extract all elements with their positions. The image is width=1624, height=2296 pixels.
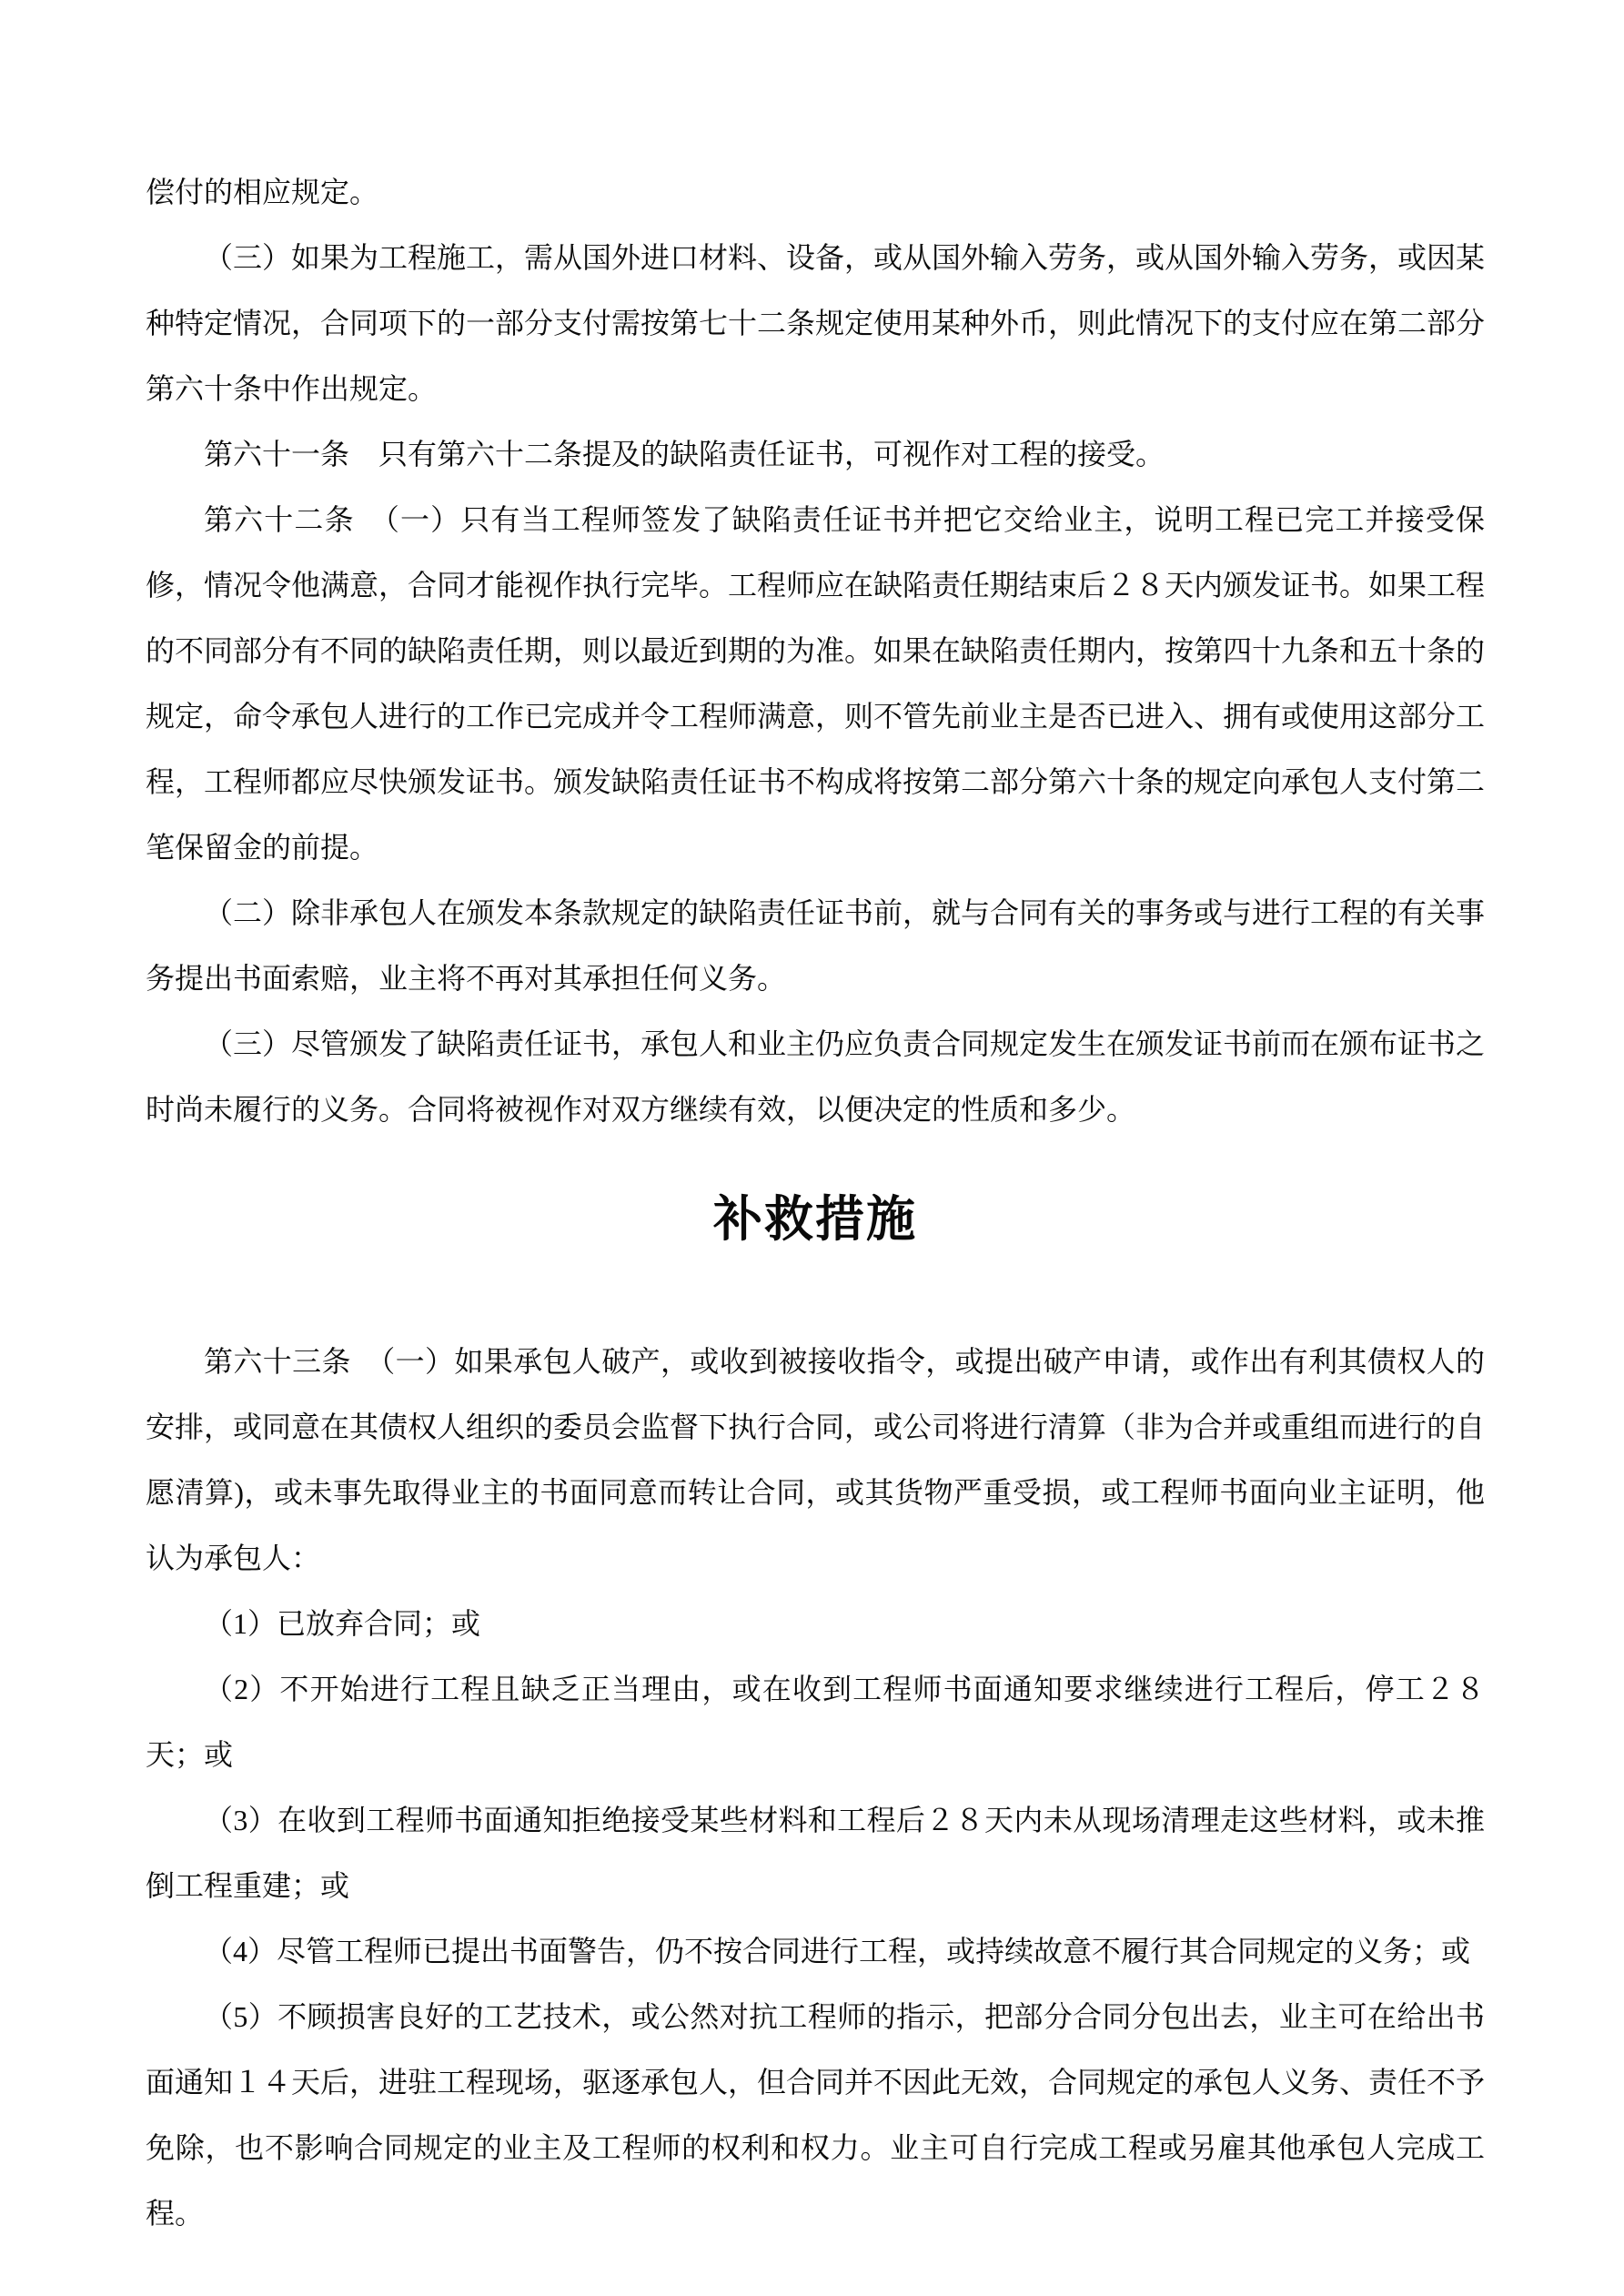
document-page: 偿付的相应规定。 （三）如果为工程施工，需从国外进口材料、设备，或从国外输入劳务…	[146, 159, 1485, 2246]
para-article-62-item-2: （二）除非承包人在颁发本条款规定的缺陷责任证书前，就与合同有关的事务或与进行工程…	[146, 880, 1485, 1011]
section-heading-remedies: 补救措施	[146, 1183, 1485, 1256]
para-article-63-subitem-2: （2）不开始进行工程且缺乏正当理由，或在收到工程师书面通知要求继续进行工程后，停…	[146, 1656, 1485, 1787]
para-article-62-item-1: 第六十二条 （一）只有当工程师签发了缺陷责任证书并把它交给业主，说明工程已完工并…	[146, 487, 1485, 880]
para-continuation: 偿付的相应规定。	[146, 159, 1485, 225]
para-article-63-subitem-5: （5）不顾损害良好的工艺技术，或公然对抗工程师的指示，把部分合同分包出去，业主可…	[146, 1984, 1485, 2246]
para-article-63-intro: 第六十三条 （一）如果承包人破产，或收到被接收指令，或提出破产申请，或作出有利其…	[146, 1329, 1485, 1591]
para-article-62-item-3: （三）尽管颁发了缺陷责任证书，承包人和业主仍应负责合同规定发生在颁发证书前而在颁…	[146, 1011, 1485, 1142]
para-article-63-subitem-3: （3）在收到工程师书面通知拒绝接受某些材料和工程后２８天内未从现场清理走这些材料…	[146, 1787, 1485, 1918]
para-article-61: 第六十一条 只有第六十二条提及的缺陷责任证书，可视作对工程的接受。	[146, 421, 1485, 487]
para-article-63-subitem-1: （1）已放弃合同；或	[146, 1591, 1485, 1656]
para-article-63-subitem-4: （4）尽管工程师已提出书面警告，仍不按合同进行工程，或持续故意不履行其合同规定的…	[146, 1918, 1485, 1984]
para-clause-payment-3: （三）如果为工程施工，需从国外进口材料、设备，或从国外输入劳务，或从国外输入劳务…	[146, 225, 1485, 421]
